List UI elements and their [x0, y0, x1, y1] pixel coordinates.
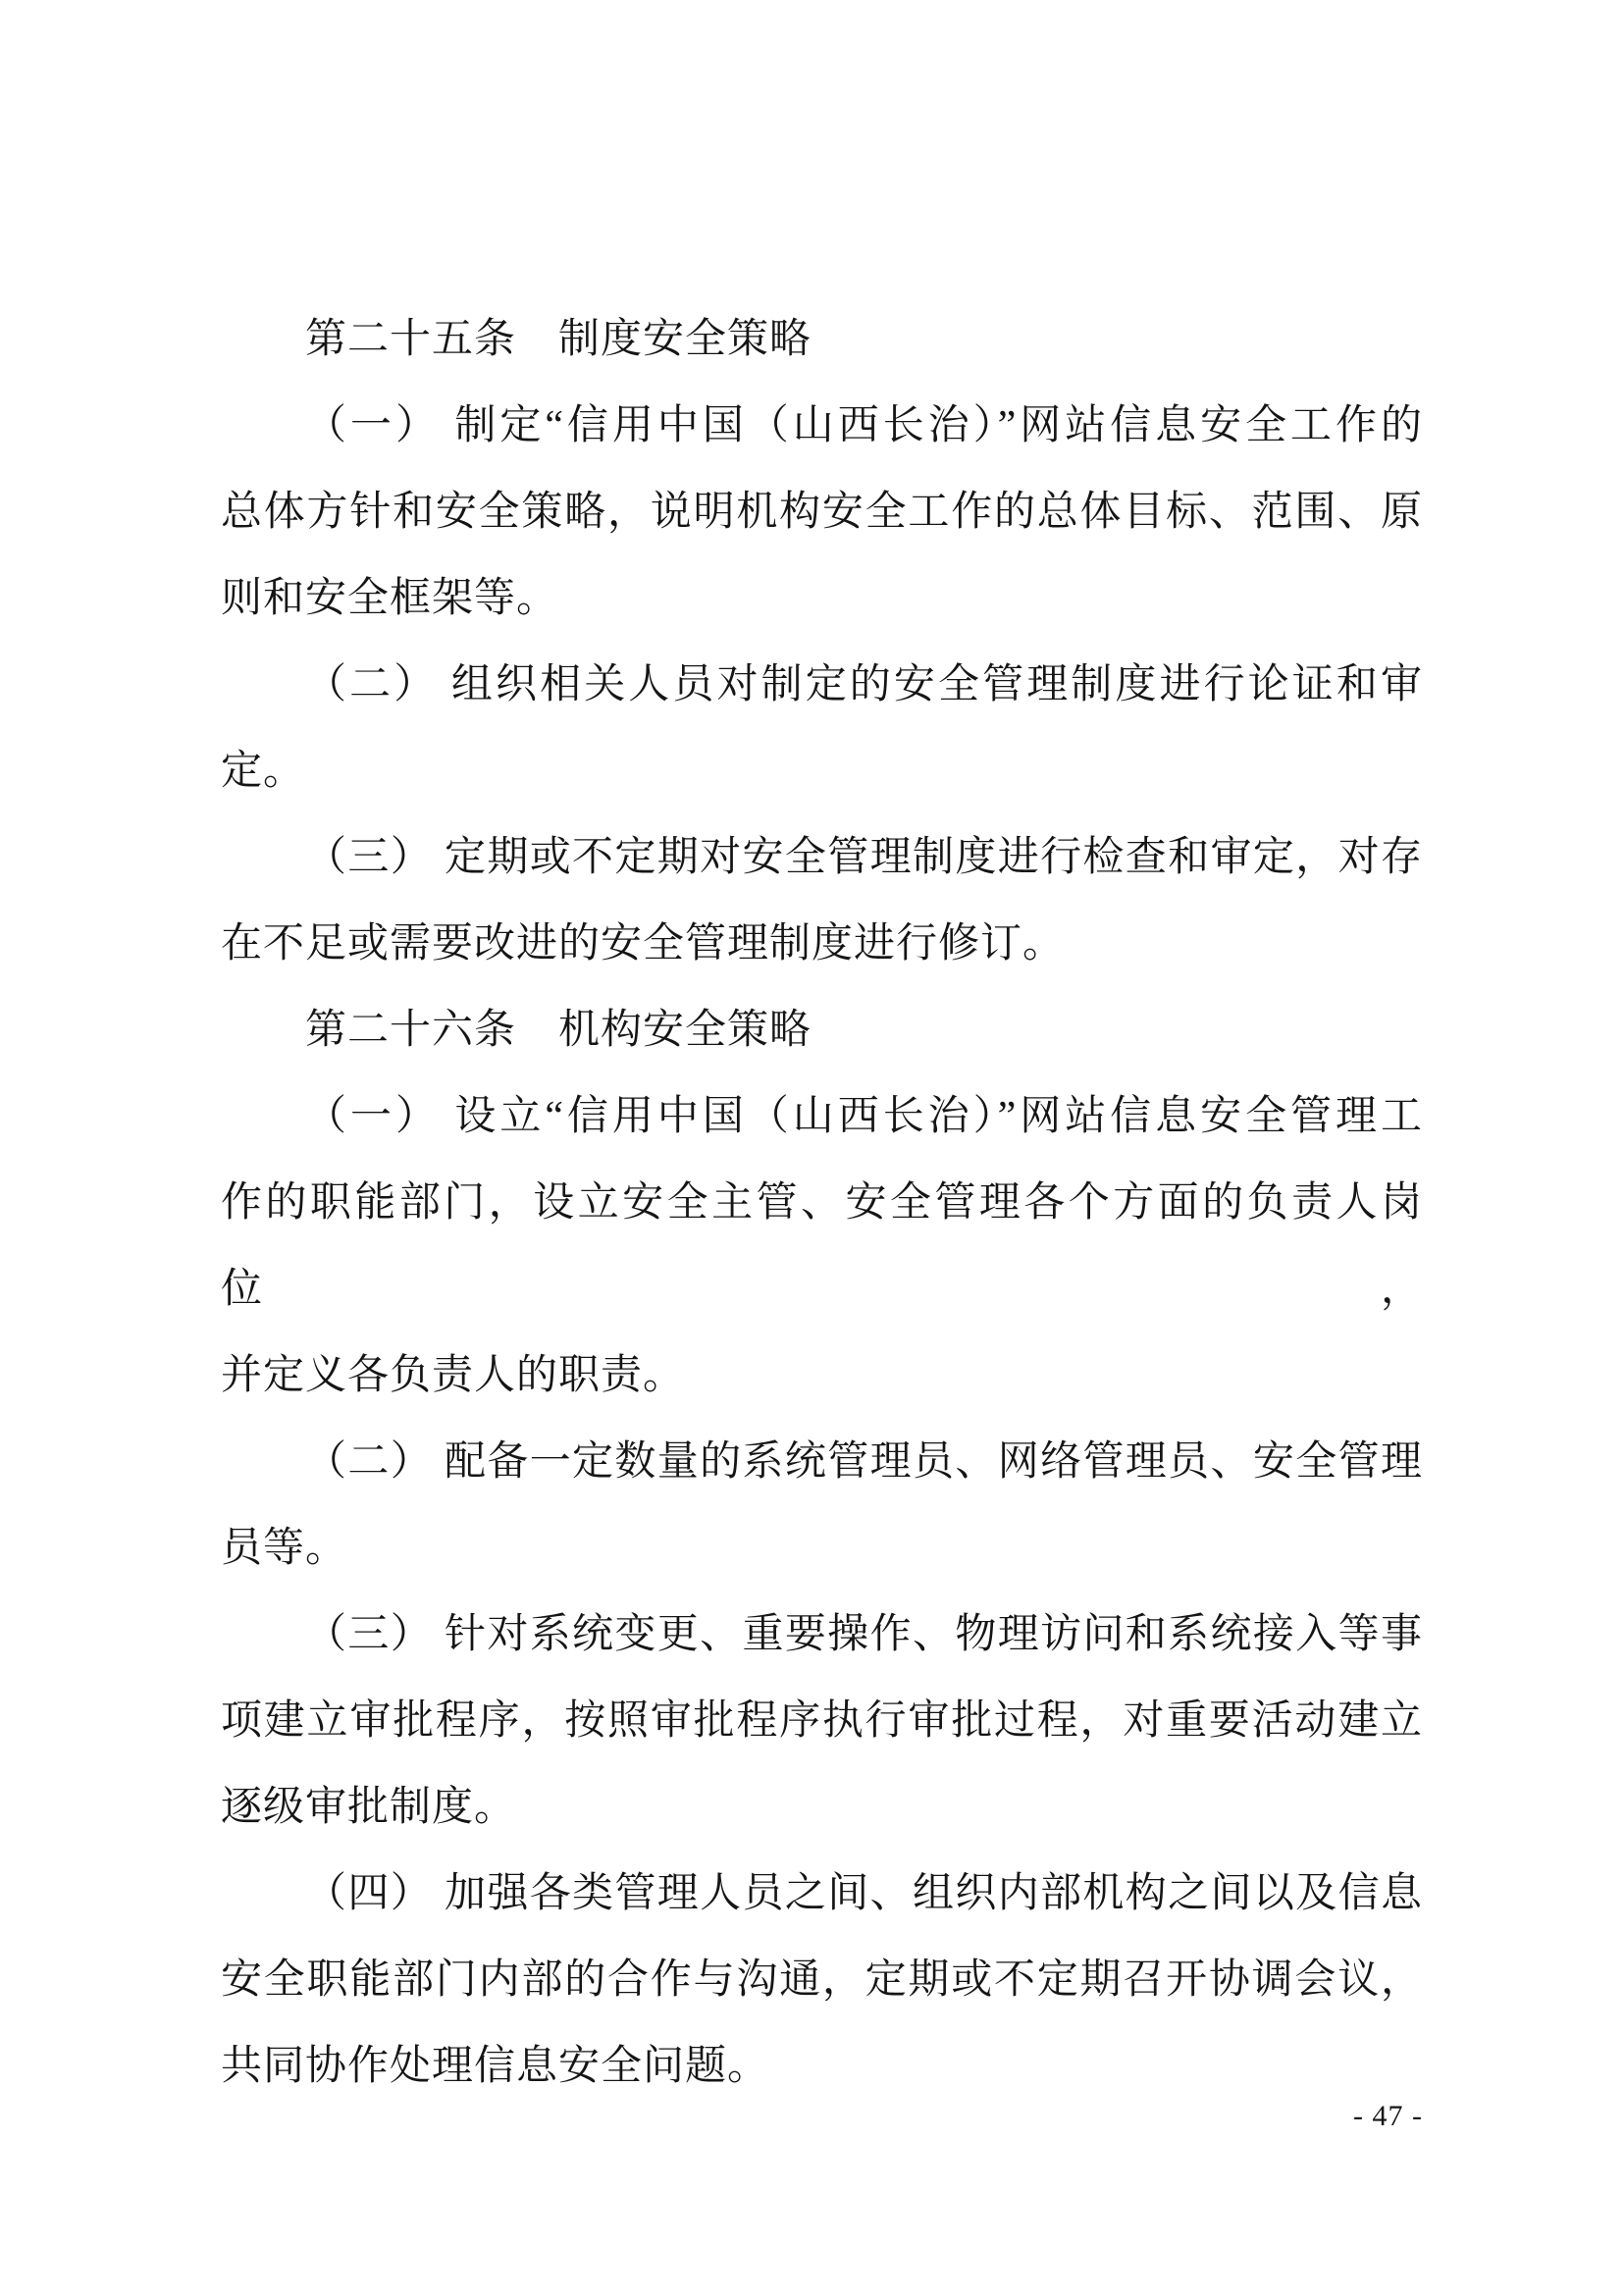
paragraph-26-3-line-3: 逐级审批制度。: [221, 1764, 1423, 1851]
paragraph-25-1-line-1: （一） 制定“信用中国（山西长治）”网站信息安全工作的: [221, 383, 1423, 469]
document-text-block: 第二十五条 制度安全策略 （一） 制定“信用中国（山西长治）”网站信息安全工作的…: [221, 296, 1423, 2110]
paragraph-26-3-line-2: 项建立审批程序，按照审批程序执行审批过程，对重要活动建立: [221, 1678, 1423, 1764]
paragraph-26-4-line-2: 安全职能部门内部的合作与沟通，定期或不定期召开协调会议，: [221, 1937, 1423, 2023]
paragraph-26-2-line-2: 员等。: [221, 1505, 1423, 1592]
paragraph-25-2-line-1: （二） 组织相关人员对制定的安全管理制度进行论证和审: [221, 642, 1423, 728]
document-page: 第二十五条 制度安全策略 （一） 制定“信用中国（山西长治）”网站信息安全工作的…: [0, 0, 1624, 2296]
paragraph-25-3-line-2: 在不足或需要改进的安全管理制度进行修订。: [221, 901, 1423, 987]
paragraph-26-3-line-1: （三） 针对系统变更、重要操作、物理访问和系统接入等事: [221, 1592, 1423, 1678]
paragraph-26-1-line-2: 作的职能部门，设立安全主管、安全管理各个方面的负责人岗位，: [221, 1160, 1423, 1332]
paragraph-26-2-line-1: （二） 配备一定数量的系统管理员、网络管理员、安全管理: [221, 1419, 1423, 1505]
paragraph-26-1-line-3: 并定义各负责人的职责。: [221, 1332, 1423, 1419]
paragraph-26-1-line-1: （一） 设立“信用中国（山西长治）”网站信息安全管理工: [221, 1073, 1423, 1160]
article-25-heading: 第二十五条 制度安全策略: [221, 296, 1423, 383]
paragraph-25-2-line-2: 定。: [221, 728, 1423, 814]
paragraph-26-4-line-3: 共同协作处理信息安全问题。: [221, 2023, 1423, 2110]
paragraph-25-1-line-2: 总体方针和安全策略，说明机构安全工作的总体目标、范围、原: [221, 469, 1423, 555]
page-number: - 47 -: [221, 2100, 1423, 2133]
article-26-heading: 第二十六条 机构安全策略: [221, 987, 1423, 1073]
paragraph-25-3-line-1: （三） 定期或不定期对安全管理制度进行检查和审定，对存: [221, 814, 1423, 901]
paragraph-26-4-line-1: （四） 加强各类管理人员之间、组织内部机构之间以及信息: [221, 1851, 1423, 1937]
paragraph-25-1-line-3: 则和安全框架等。: [221, 555, 1423, 642]
